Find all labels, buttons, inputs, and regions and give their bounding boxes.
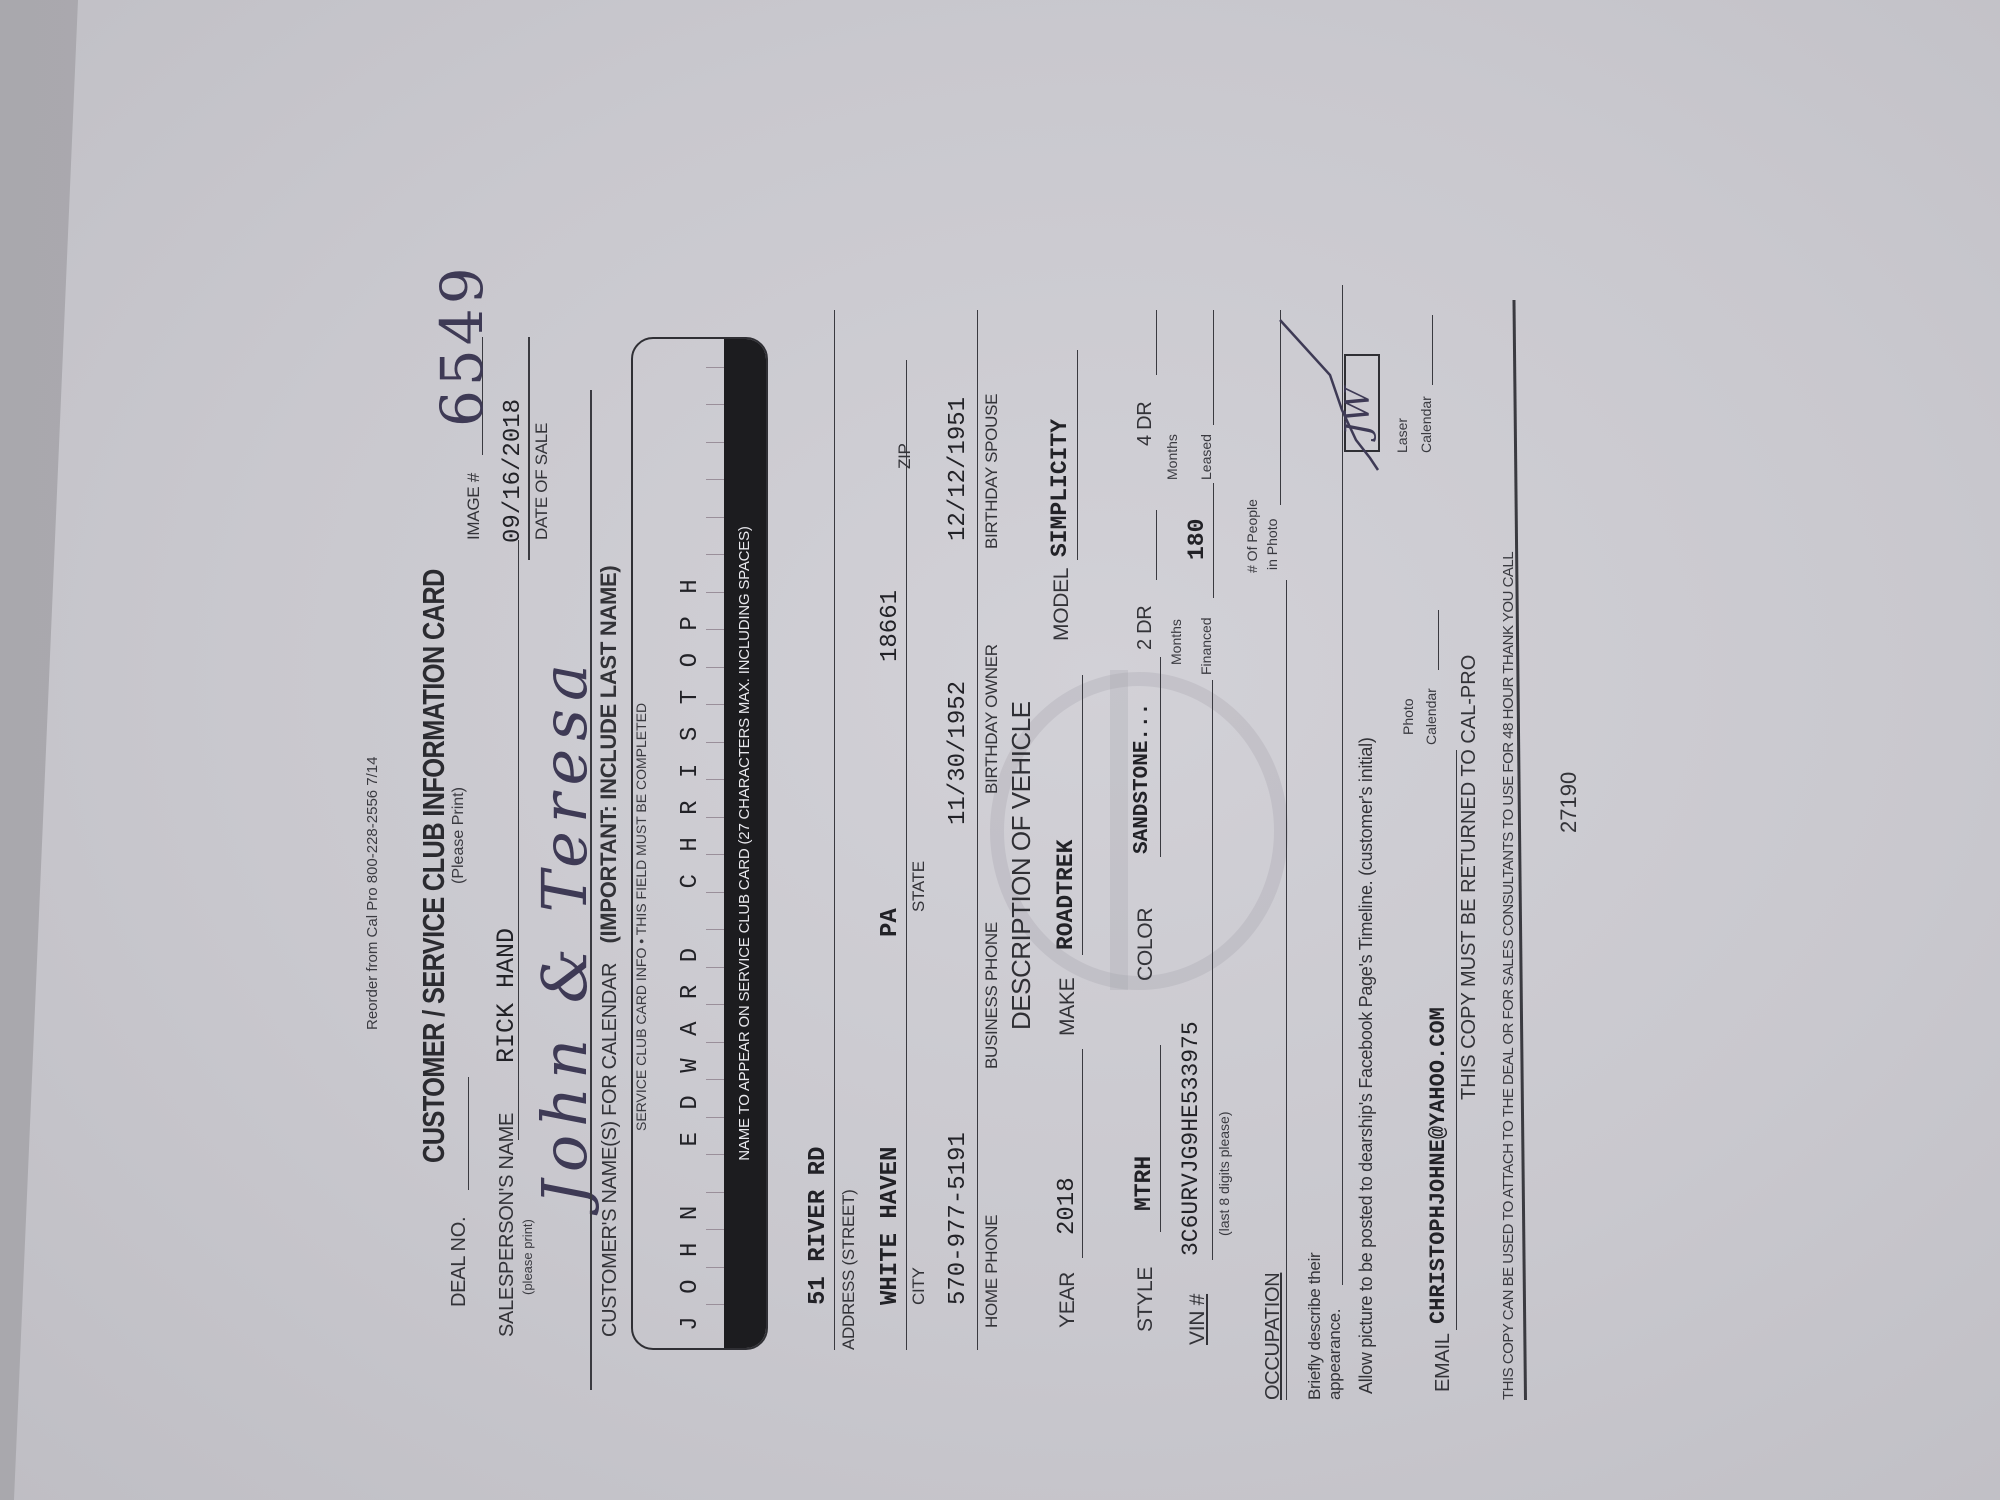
birthday-spouse-value[interactable]: 12/12/1951 xyxy=(945,397,972,541)
occupation-field[interactable] xyxy=(1286,580,1287,1400)
birthday-spouse-label: BIRTHDAY SPOUSE xyxy=(982,394,1002,549)
vin-label: VIN # xyxy=(1186,1294,1210,1345)
color-value[interactable]: SANDSTONE... xyxy=(1131,703,1154,854)
form-title-subtitle: (Please Print) xyxy=(450,787,468,884)
color-underline xyxy=(1160,657,1161,857)
card-cell-divider xyxy=(706,742,724,743)
email-value[interactable]: CHRISTOPHJOHNE@YAHOO.COM xyxy=(1426,1007,1451,1324)
card-cell-divider xyxy=(706,479,724,480)
card-character: R xyxy=(677,973,704,1010)
months-leased-label-2: Leased xyxy=(1198,434,1214,480)
laser-calendar-label-1: Laser xyxy=(1394,418,1410,453)
city-label: CITY xyxy=(909,1267,929,1305)
salesperson-label: SALESPERSON'S NAME xyxy=(496,1113,519,1337)
service-club-card-box: SERVICE CLUB CARD INFO • THIS FIELD MUST… xyxy=(631,337,768,1350)
months-financed-label-1: Months xyxy=(1168,619,1184,665)
make-underline xyxy=(1082,675,1083,955)
customer-names-underline xyxy=(590,390,592,1390)
image-number-value[interactable]: 6549 xyxy=(428,263,496,427)
card-cell-divider xyxy=(706,629,724,630)
card-character: C xyxy=(677,863,704,900)
card-cell-divider xyxy=(706,1079,724,1080)
state-label: STATE xyxy=(909,861,929,912)
salesperson-sublabel: (please print) xyxy=(520,1219,535,1295)
year-value[interactable]: 2018 xyxy=(1054,1177,1081,1235)
card-cell-divider xyxy=(706,517,724,518)
image-number-label: IMAGE # xyxy=(464,473,484,540)
card-cell-divider xyxy=(706,1267,724,1268)
months-leased-label-1: Months xyxy=(1164,434,1180,480)
card-cell-divider xyxy=(706,1229,724,1230)
card-character: P xyxy=(677,605,704,642)
date-of-sale-label: DATE OF SALE xyxy=(532,423,552,540)
style-label: STYLE xyxy=(1134,1267,1158,1332)
year-underline xyxy=(1082,1049,1083,1258)
card-character: D xyxy=(677,1084,704,1121)
make-value[interactable]: ROADTREK xyxy=(1053,840,1079,950)
vehicle-heading: DESCRIPTION OF VEHICLE xyxy=(1006,702,1037,1031)
reorder-line: Reorder from Cal Pro 800-228-2556 7/14 xyxy=(364,757,381,1031)
appearance-label-2: appearance. xyxy=(1325,1309,1345,1400)
vin-hint: (last 8 digits please) xyxy=(1216,1111,1232,1236)
initial-checkmark-icon xyxy=(1320,270,1400,470)
deal-no-field[interactable] xyxy=(468,1077,469,1190)
salesperson-underline xyxy=(518,540,519,1140)
city-underline xyxy=(906,360,907,1350)
card-character: S xyxy=(677,715,704,752)
months-financed-value[interactable]: 180 xyxy=(1184,519,1210,560)
months-financed-label-2: Financed xyxy=(1198,617,1214,675)
card-cell-divider xyxy=(706,1117,724,1118)
customer-info-card-form: Reorder from Cal Pro 800-228-2556 7/14 C… xyxy=(350,290,1580,1410)
state-value[interactable]: PA xyxy=(877,908,904,937)
card-cell-divider xyxy=(706,554,724,555)
two-door-field[interactable] xyxy=(1156,510,1157,580)
laser-calendar-label-2: Calendar xyxy=(1418,396,1434,453)
return-notice: THIS COPY MUST BE RETURNED TO CAL-PRO xyxy=(1458,655,1481,1100)
laser-calendar-field[interactable] xyxy=(1432,315,1433,385)
four-door-field[interactable] xyxy=(1156,310,1157,375)
card-cell-divider xyxy=(706,1042,724,1043)
months-leased-field[interactable] xyxy=(1213,310,1214,425)
card-character: H xyxy=(677,826,704,863)
business-phone-label: BUSINESS PHONE xyxy=(982,922,1002,1069)
vin-value[interactable]: 3C6URVJG9HE533975 xyxy=(1178,1021,1204,1256)
card-character: E xyxy=(677,1121,704,1158)
card-cell-divider xyxy=(706,367,724,368)
address-underline xyxy=(834,310,835,1350)
occupation-label: OCCUPATION xyxy=(1262,1273,1285,1400)
address-label: ADDRESS (STREET) xyxy=(839,1190,859,1351)
photo-calendar-field[interactable] xyxy=(1438,610,1439,670)
make-label: MAKE xyxy=(1056,978,1080,1036)
date-of-sale-underline xyxy=(528,337,530,560)
service-club-strip: NAME TO APPEAR ON SERVICE CLUB CARD (27 … xyxy=(724,339,766,1348)
people-in-photo-label-1: # Of People xyxy=(1244,499,1260,573)
email-label: EMAIL xyxy=(1432,1333,1455,1392)
zip-value[interactable]: 18661 xyxy=(877,590,904,662)
home-phone-value[interactable]: 570-977-5191 xyxy=(945,1132,972,1305)
two-door-label: 2 DR xyxy=(1134,606,1157,650)
card-character: D xyxy=(677,937,704,974)
year-label: YEAR xyxy=(1056,1272,1080,1328)
phone-underline xyxy=(977,310,978,1350)
home-phone-label: HOME PHONE xyxy=(982,1215,1002,1328)
card-cell-divider xyxy=(706,854,724,855)
months-financed-underline xyxy=(1213,483,1214,598)
card-character: I xyxy=(677,752,704,789)
model-value[interactable]: SIMPLICITY xyxy=(1047,419,1073,557)
photo-calendar-label-1: Photo xyxy=(1400,698,1416,735)
form-number: 27190 xyxy=(1556,772,1582,833)
style-value[interactable]: MTRH xyxy=(1131,1156,1157,1211)
card-character: J xyxy=(677,1305,704,1342)
card-cell-divider xyxy=(706,1154,724,1155)
watermark-logo-bar-icon xyxy=(1110,670,1128,990)
service-club-strip-text: NAME TO APPEAR ON SERVICE CLUB CARD (27 … xyxy=(736,339,753,1348)
card-character: H xyxy=(677,568,704,605)
people-in-photo-label-2: in Photo xyxy=(1264,519,1280,570)
four-door-label: 4 DR xyxy=(1134,402,1157,446)
card-cell-divider xyxy=(706,817,724,818)
color-label: COLOR xyxy=(1134,908,1158,981)
email-underline xyxy=(1456,750,1457,1330)
card-character: T xyxy=(677,679,704,716)
card-cell-divider xyxy=(706,442,724,443)
card-cell-divider xyxy=(706,779,724,780)
card-cell-divider xyxy=(706,592,724,593)
card-character: H xyxy=(677,1231,704,1268)
card-cell-divider xyxy=(706,1304,724,1305)
photo-calendar-label-2: Calendar xyxy=(1423,688,1439,745)
card-cell-divider xyxy=(706,929,724,930)
card-cell-divider xyxy=(706,892,724,893)
birthday-owner-label: BIRTHDAY OWNER xyxy=(982,644,1002,794)
zip-label: ZIP xyxy=(895,443,915,469)
people-in-photo-field[interactable] xyxy=(1280,310,1281,505)
card-cell-divider xyxy=(706,967,724,968)
card-cell-divider xyxy=(706,704,724,705)
vin-underline xyxy=(1212,680,1213,1260)
card-character: W xyxy=(677,1047,704,1084)
style-underline xyxy=(1160,1045,1161,1232)
form-title: CUSTOMER / SERVICE CLUB INFORMATION CARD xyxy=(416,569,452,1163)
model-underline xyxy=(1077,350,1078,560)
customer-names-label-text: CUSTOMER'S NAME(S) FOR CALENDAR xyxy=(599,963,621,1337)
appearance-label-1: Briefly describe their xyxy=(1305,1253,1325,1400)
card-character: O xyxy=(677,1268,704,1305)
card-character: O xyxy=(677,642,704,679)
card-character: R xyxy=(677,789,704,826)
deal-no-label: DEAL NO. xyxy=(448,1217,471,1307)
footer-notice: THIS COPY CAN BE USED TO ATTACH TO THE D… xyxy=(1500,552,1517,1400)
card-cell-divider xyxy=(706,404,724,405)
card-character: N xyxy=(677,1194,704,1231)
card-character: A xyxy=(677,1010,704,1047)
model-label: MODEL xyxy=(1050,568,1074,641)
customer-names-important: (IMPORTANT: INCLUDE LAST NAME) xyxy=(596,566,621,944)
address-value[interactable]: 51 RIVER RD xyxy=(805,1147,832,1305)
card-cell-divider xyxy=(706,1192,724,1193)
salesperson-value[interactable]: RICK HAND xyxy=(492,928,521,1063)
facebook-consent-text: Allow picture to be posted to dearship's… xyxy=(1356,737,1377,1394)
card-cell-divider xyxy=(706,1004,724,1005)
card-cell-divider xyxy=(706,667,724,668)
city-value[interactable]: WHITE HAVEN xyxy=(877,1147,904,1305)
date-of-sale-value[interactable]: 09/16/2018 xyxy=(500,399,527,543)
birthday-owner-value[interactable]: 11/30/1952 xyxy=(945,681,972,825)
customer-names-label: CUSTOMER'S NAME(S) FOR CALENDAR (IMPORTA… xyxy=(596,566,622,1337)
